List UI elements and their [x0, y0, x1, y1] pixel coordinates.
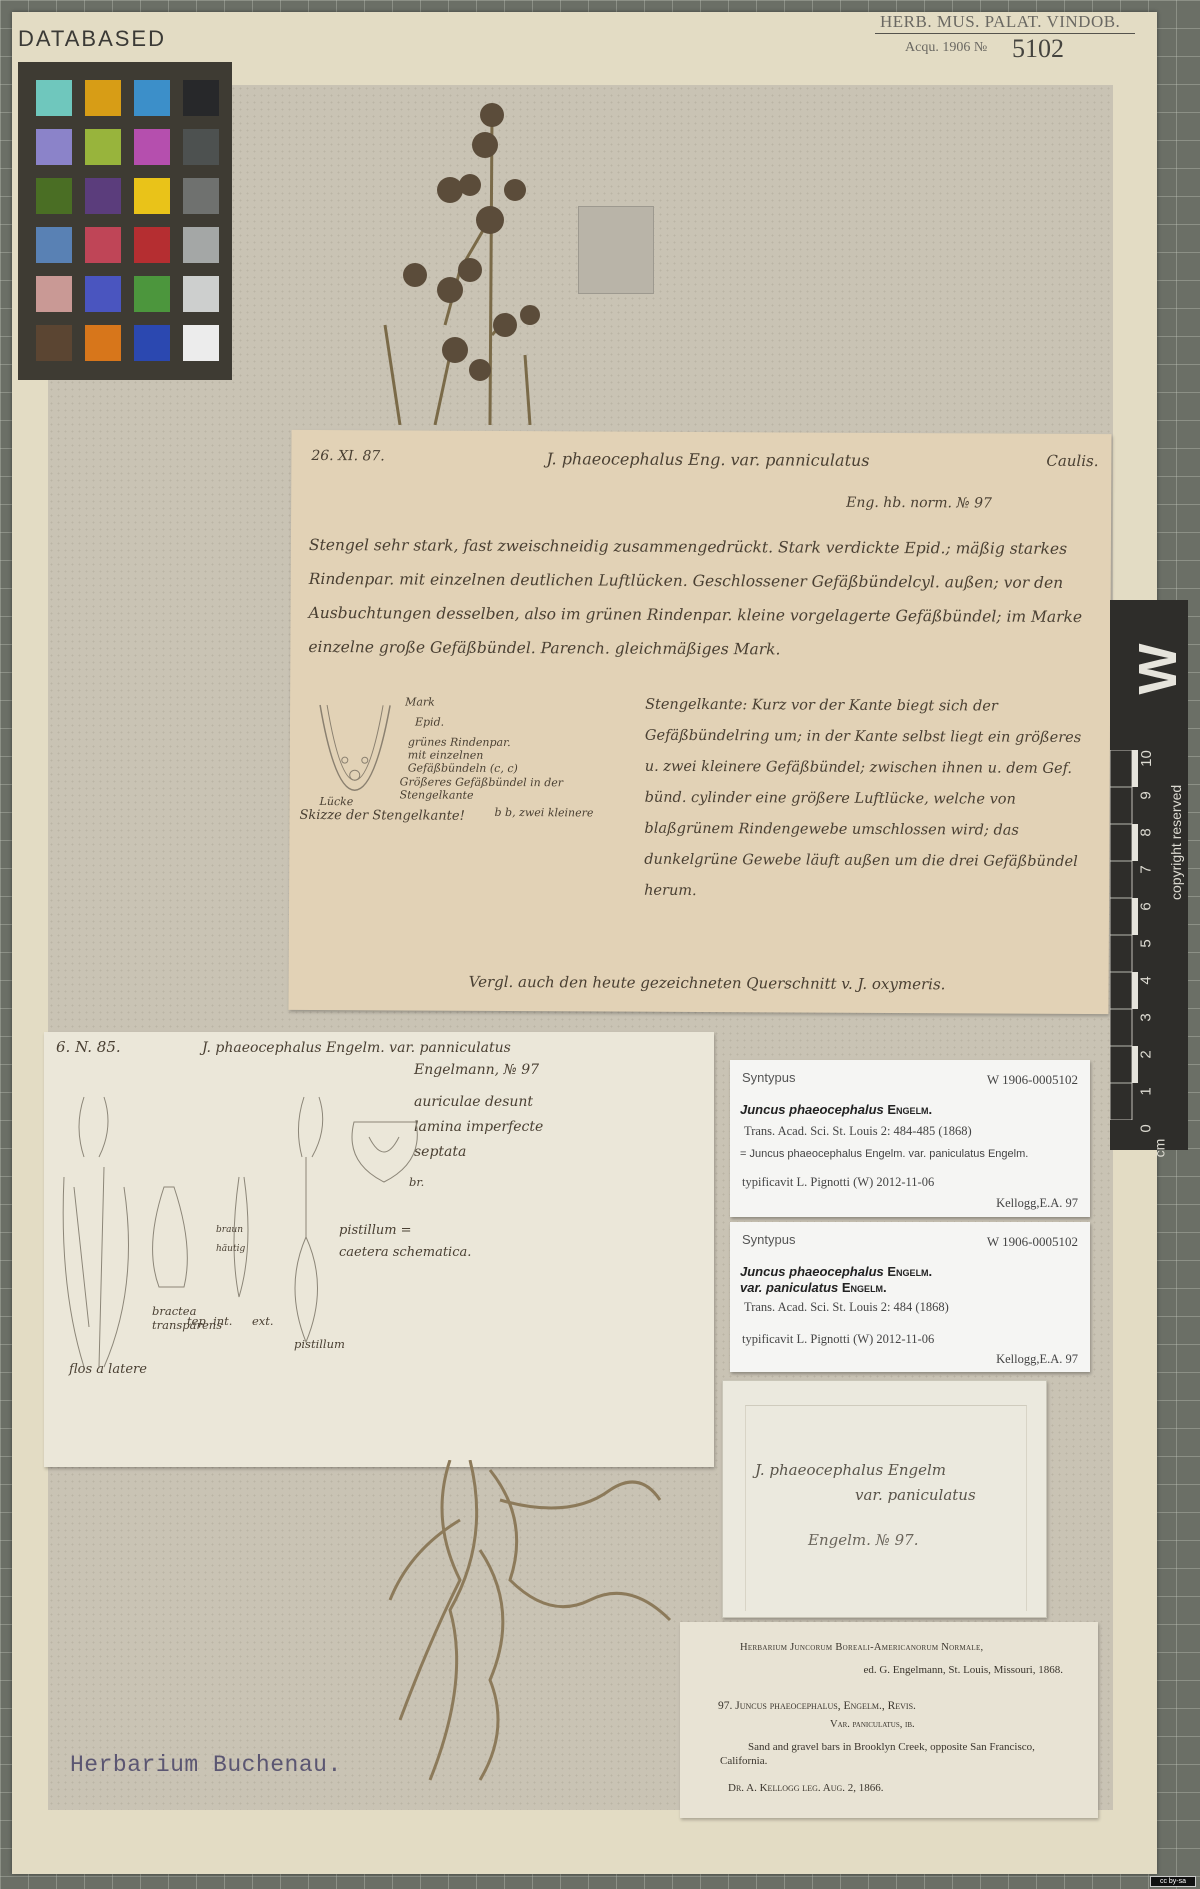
taxon-name: Juncus phaeocephalus Engelm. var. panicu… — [740, 1264, 932, 1296]
color-swatch — [36, 178, 72, 214]
typification: typificavit L. Pignotti (W) 2012-11-06 — [742, 1332, 934, 1347]
color-swatch — [36, 276, 72, 312]
note-date: 26. XI. 87. — [311, 448, 384, 464]
license-badge[interactable]: cc by-sa — [1150, 1876, 1196, 1887]
scale-number: 2 — [1138, 1050, 1155, 1058]
taxon-author: Engelm. — [887, 1264, 932, 1279]
plant-inflorescence — [380, 95, 580, 425]
taxon-author: Engelm. — [887, 1102, 932, 1117]
exsiccata-variety: Var. paniculatus, ib. — [830, 1719, 915, 1730]
exsiccata-editor: ed. G. Engelmann, St. Louis, Missouri, 1… — [863, 1664, 1063, 1676]
note-footer: Vergl. auch den heute gezeichneten Quers… — [469, 973, 946, 993]
plant-roots — [370, 1460, 690, 1790]
color-swatch — [134, 325, 170, 361]
color-swatch — [85, 129, 121, 165]
scale-number: 7 — [1138, 865, 1155, 873]
sketch-label-groesseres: Größeres Gefäßbündel in der Stengelkante — [400, 775, 640, 802]
color-swatch — [85, 80, 121, 116]
pistillum-note-line: pistillum = — [339, 1220, 471, 1242]
citation: Trans. Acad. Sci. St. Louis 2: 484 (1868… — [744, 1300, 949, 1315]
typification: typificavit L. Pignotti (W) 2012-11-06 — [742, 1175, 934, 1190]
scale-ticks — [1110, 750, 1138, 1120]
color-swatch — [183, 178, 219, 214]
collector: Kellogg,E.A. 97 — [996, 1196, 1078, 1211]
note-part: Caulis. — [1046, 452, 1098, 470]
color-swatch — [36, 325, 72, 361]
herbarium-buchenau-stamp: Herbarium Buchenau. — [70, 1752, 342, 1778]
copyright-text: copyright reserved — [1168, 785, 1184, 900]
color-swatch — [134, 227, 170, 263]
scale-number: 8 — [1138, 828, 1155, 836]
pistillum-note-line: caetera schematica. — [339, 1242, 471, 1264]
exsiccata-locality: Sand and gravel bars in Brooklyn Creek, … — [720, 1740, 1080, 1768]
sketch-label-kleinere: b b, zwei kleinere — [494, 806, 593, 820]
flower-drawing-card: 6. N. 85. J. phaeocephalus Engelm. var. … — [44, 1032, 714, 1467]
pistillum-note: pistillum = caetera schematica. — [339, 1220, 471, 1264]
stem-edge-sketch — [315, 700, 396, 800]
color-swatch — [183, 276, 219, 312]
scale-unit: cm — [1151, 1139, 1167, 1158]
exsiccata-label: Herbarium Juncorum Boreali-Americanorum … — [680, 1622, 1098, 1818]
label-br: br. — [409, 1175, 424, 1189]
exsiccata-collector: Dr. A. Kellogg leg. Aug. 2, 1866. — [728, 1782, 884, 1794]
sketch-caption: Skizze der Stengelkante! — [299, 808, 464, 824]
drawing-title: J. phaeocephalus Engelm. var. panniculat… — [202, 1040, 511, 1056]
syntype-label: Syntypus W 1906-0005102 Juncus phaeoceph… — [730, 1222, 1090, 1372]
label-hautig: häutig — [216, 1244, 245, 1254]
label-flos: flos a latere — [69, 1362, 147, 1377]
scale-bar: W 0 1 2 3 4 5 6 7 8 9 10 copyright reser… — [1110, 600, 1188, 1150]
envelope-flap — [745, 1405, 1027, 1611]
specimen-envelope[interactable]: J. phaeocephalus Engelm var. paniculatus… — [722, 1380, 1047, 1618]
color-swatch — [36, 129, 72, 165]
envelope-line: var. paniculatus — [855, 1486, 976, 1504]
taxon-binomial: Juncus phaeocephalus — [740, 1102, 884, 1117]
type-status: Syntypus — [742, 1232, 795, 1247]
sketch-label-mark: Mark — [405, 695, 435, 708]
exsiccata-series: Herbarium Juncorum Boreali-Americanorum … — [740, 1642, 983, 1653]
sketch-label-luecke: Lücke — [320, 795, 354, 808]
taxon-name: Juncus phaeocephalus Engelm. — [740, 1102, 932, 1118]
acquisition-label: Acqu. 1906 № — [905, 40, 987, 56]
color-swatch — [36, 80, 72, 116]
scale-number: 4 — [1138, 976, 1155, 984]
color-swatch — [85, 178, 121, 214]
scale-number: 0 — [1138, 1124, 1155, 1132]
color-calibration-chart — [18, 62, 232, 380]
envelope-line: Engelm. № 97. — [808, 1531, 918, 1549]
taxon-binomial: Juncus phaeocephalus — [740, 1264, 884, 1279]
note-reference: Eng. hb. norm. № 97 — [846, 495, 992, 512]
color-swatch — [183, 129, 219, 165]
exsiccata-number-name: 97. Juncus phaeocephalus, Engelm., Revis… — [718, 1700, 916, 1712]
color-swatch — [85, 325, 121, 361]
color-swatch — [183, 227, 219, 263]
institution-stamp: HERB. MUS. PALAT. VINDOB. — [880, 12, 1120, 32]
barcode-id: W 1906-0005102 — [987, 1072, 1078, 1088]
citation: Trans. Acad. Sci. St. Louis 2: 484-485 (… — [744, 1124, 972, 1139]
color-swatch — [183, 325, 219, 361]
scale-number: 3 — [1138, 1013, 1155, 1021]
scale-number: 9 — [1138, 791, 1155, 799]
collector: Kellogg,E.A. 97 — [996, 1352, 1078, 1367]
syntype-label: Syntypus W 1906-0005102 Juncus phaeoceph… — [730, 1060, 1090, 1217]
color-swatch — [36, 227, 72, 263]
acquisition-number: 5102 — [1012, 34, 1064, 64]
label-pistillum: pistillum — [294, 1337, 345, 1351]
barcode-id: W 1906-0005102 — [987, 1234, 1078, 1250]
color-swatch — [134, 129, 170, 165]
note-paragraph: Stengel sehr stark, fast zweischneidig z… — [308, 528, 1099, 668]
anatomy-note-card: 26. XI. 87. J. phaeocephalus Eng. var. p… — [288, 430, 1111, 1014]
color-swatch — [85, 276, 121, 312]
institution-logo: W — [1127, 639, 1189, 699]
scale-number: 5 — [1138, 939, 1155, 947]
color-swatch — [134, 178, 170, 214]
drawing-date: 6. N. 85. — [56, 1038, 121, 1056]
color-swatch — [134, 80, 170, 116]
note-paragraph-2: Stengelkante: Kurz vor der Kante biegt s… — [644, 690, 1095, 909]
color-swatch — [134, 276, 170, 312]
scale-number: 10 — [1138, 750, 1155, 767]
sketch-label-rinde: grünes Rindenpar. mit einzelnen Gefäßbün… — [408, 735, 528, 775]
taxon-author: Engelm. — [842, 1280, 887, 1295]
color-swatch — [183, 80, 219, 116]
scale-number: 6 — [1138, 902, 1155, 910]
sketch-label-epid: Epid. — [415, 716, 444, 729]
databased-stamp: DATABASED — [18, 26, 166, 52]
label-ext: ext. — [252, 1314, 274, 1328]
stamp-divider — [875, 33, 1135, 34]
synonym: = Juncus phaeocephalus Engelm. var. pani… — [740, 1148, 1028, 1160]
color-swatch — [85, 227, 121, 263]
envelope-line: J. phaeocephalus Engelm — [755, 1461, 946, 1479]
fragment-packet — [578, 206, 654, 294]
note-title: J. phaeocephalus Eng. var. panniculatus — [546, 449, 869, 470]
scale-number: 1 — [1138, 1087, 1155, 1095]
taxon-variety: var. paniculatus — [740, 1280, 838, 1295]
label-tep-int: tep. int. — [187, 1314, 232, 1328]
label-braun: braun — [216, 1225, 243, 1235]
type-status: Syntypus — [742, 1070, 795, 1085]
